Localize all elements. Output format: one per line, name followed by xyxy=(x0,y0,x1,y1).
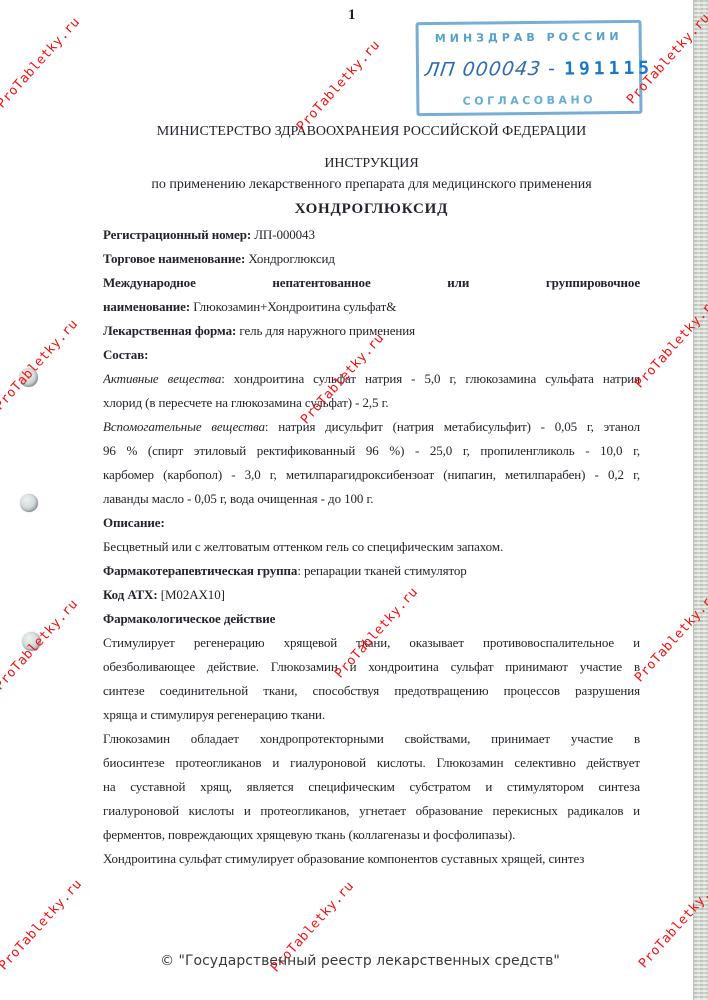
text-run: Вспомогательные вещества xyxy=(103,419,265,434)
text-run: синтезе соединительной ткани, способству… xyxy=(103,683,640,698)
document-line: на суставной хрящ, является специфически… xyxy=(103,775,640,799)
document-line: лаванды масло - 0,05 г, вода очищенная -… xyxy=(103,487,640,511)
text-run: наименование: xyxy=(103,299,190,314)
text-run: гель для наружного применения xyxy=(236,323,415,338)
document-line: Торговое наименование: Хондроглюксид xyxy=(103,247,640,271)
document-line: 96 % (спирт этиловый ректификованный 96 … xyxy=(103,439,640,463)
text-run: Описание: xyxy=(103,515,165,530)
text-run: Лекарственная форма: xyxy=(103,323,236,338)
text-run: Хондроглюксид xyxy=(245,251,335,266)
punch-hole-dot xyxy=(20,494,38,512)
document-line: Активные вещества: хондроитина сульфат н… xyxy=(103,367,640,391)
document-line: Глюкозамин обладает хондропротекторными … xyxy=(103,727,640,751)
document-body: Регистрационный номер: ЛП-000043Торговое… xyxy=(103,223,640,871)
watermark: ProTabletky.ru xyxy=(0,15,84,112)
watermark: ProTabletky.ru xyxy=(0,317,82,414)
text-run: Хондроитина сульфат стимулирует образова… xyxy=(103,851,584,866)
stamp-handwritten-number: ЛП 000043 - xyxy=(424,58,558,81)
document-line: Описание: xyxy=(103,511,640,535)
document-line: обезболивающее действие. Глюкозамин и хо… xyxy=(103,655,640,679)
scan-edge-strip xyxy=(693,0,708,1000)
drug-name-title: ХОНДРОГЛЮКСИД xyxy=(103,200,640,218)
text-run: Код АТХ: xyxy=(103,587,158,602)
text-run: хлорид (в пересчете на глюкозамина сульф… xyxy=(103,395,389,410)
document-line: Вспомогательные вещества: натрия дисульф… xyxy=(103,415,640,439)
document-line: карбомер (карбопол) - 3,0 г, метилпараги… xyxy=(103,463,640,487)
text-run: Фармакотерапевтическая группа xyxy=(103,563,297,578)
text-run: Глюкозамин+Хондроитина сульфат& xyxy=(190,299,396,314)
text-run: хряща и стимулируя регенерацию ткани. xyxy=(103,707,325,722)
instruction-title: ИНСТРУКЦИЯ xyxy=(103,155,640,172)
document-line: Регистрационный номер: ЛП-000043 xyxy=(103,223,640,247)
text-run: Бесцветный или с желтоватым оттенком гел… xyxy=(103,539,503,554)
text-run: ферментов, повреждающих хрящевую ткань (… xyxy=(103,827,515,842)
text-run: Активные вещества xyxy=(103,371,221,386)
approval-stamp: МИНЗДРАВ РОССИИ ЛП 000043 - 191115 СОГЛА… xyxy=(416,20,643,116)
stamp-number-row: ЛП 000043 - 191115 xyxy=(419,57,639,81)
instruction-subtitle: по применению лекарственного препарата д… xyxy=(103,176,640,193)
text-run: на суставной хрящ, является специфически… xyxy=(103,779,640,794)
document-line: Фармакотерапевтическая группа: репарации… xyxy=(103,559,640,583)
text-run: Международное непатентованное или группи… xyxy=(103,275,640,290)
document-page: 1 МИНЗДРАВ РОССИИ ЛП 000043 - 191115 СОГ… xyxy=(0,0,708,1000)
watermark: ProTabletky.ru xyxy=(294,38,384,135)
stamp-date: 191115 xyxy=(564,57,653,79)
text-run: Торговое наименование: xyxy=(103,251,245,266)
document-line: биосинтезе протеогликанов и гиалуроновой… xyxy=(103,751,640,775)
stamp-org-name: МИНЗДРАВ РОССИИ xyxy=(419,30,639,45)
stamp-approved-label: СОГЛАСОВАНО xyxy=(419,93,639,108)
document-line: Хондроитина сульфат стимулирует образова… xyxy=(103,847,640,871)
document-line: Код АТХ: [M02AX10] xyxy=(103,583,640,607)
text-run: 96 % (спирт этиловый ректификованный 96 … xyxy=(103,443,640,458)
text-run: Состав: xyxy=(103,347,148,362)
text-run: Регистрационный номер: xyxy=(103,227,251,242)
document-line: хлорид (в пересчете на глюкозамина сульф… xyxy=(103,391,640,415)
document-line: Международное непатентованное или группи… xyxy=(103,271,640,295)
page-number: 1 xyxy=(348,7,356,24)
text-run: гиалуроновой кислоты и протеогликанов, у… xyxy=(103,803,640,818)
document-line: хряща и стимулируя регенерацию ткани. xyxy=(103,703,640,727)
text-run: : натрия дисульфит (натрия метабисульфит… xyxy=(265,419,640,434)
text-run: : репарации тканей стимулятор xyxy=(297,563,466,578)
footer-copyright: © "Государственный реестр лекарственных … xyxy=(14,953,706,969)
document-line: синтезе соединительной ткани, способству… xyxy=(103,679,640,703)
text-run: лаванды масло - 0,05 г, вода очищенная -… xyxy=(103,491,373,506)
text-run: : хондроитина сульфат натрия - 5,0 г, гл… xyxy=(221,371,640,386)
document-line: гиалуроновой кислоты и протеогликанов, у… xyxy=(103,799,640,823)
document-line: Бесцветный или с желтоватым оттенком гел… xyxy=(103,535,640,559)
text-run: биосинтезе протеогликанов и гиалуроновой… xyxy=(103,755,640,770)
document-line: ферментов, повреждающих хрящевую ткань (… xyxy=(103,823,640,847)
ministry-title: МИНИСТЕРСТВО ЗДРАВООХРАНЕИЯ РОССИЙСКОЙ Ф… xyxy=(103,123,640,140)
text-run: ЛП-000043 xyxy=(251,227,315,242)
text-run: Фармакологическое действие xyxy=(103,611,275,626)
text-run: обезболивающее действие. Глюкозамин и хо… xyxy=(103,659,640,674)
watermark: ProTabletky.ru xyxy=(0,597,82,694)
document-header: МИНИСТЕРСТВО ЗДРАВООХРАНЕИЯ РОССИЙСКОЙ Ф… xyxy=(103,123,640,218)
document-line: наименование: Глюкозамин+Хондроитина сул… xyxy=(103,295,640,319)
text-run: [M02AX10] xyxy=(158,587,225,602)
text-run: карбомер (карбопол) - 3,0 г, метилпараги… xyxy=(103,467,640,482)
text-run: Глюкозамин обладает хондропротекторными … xyxy=(103,731,640,746)
